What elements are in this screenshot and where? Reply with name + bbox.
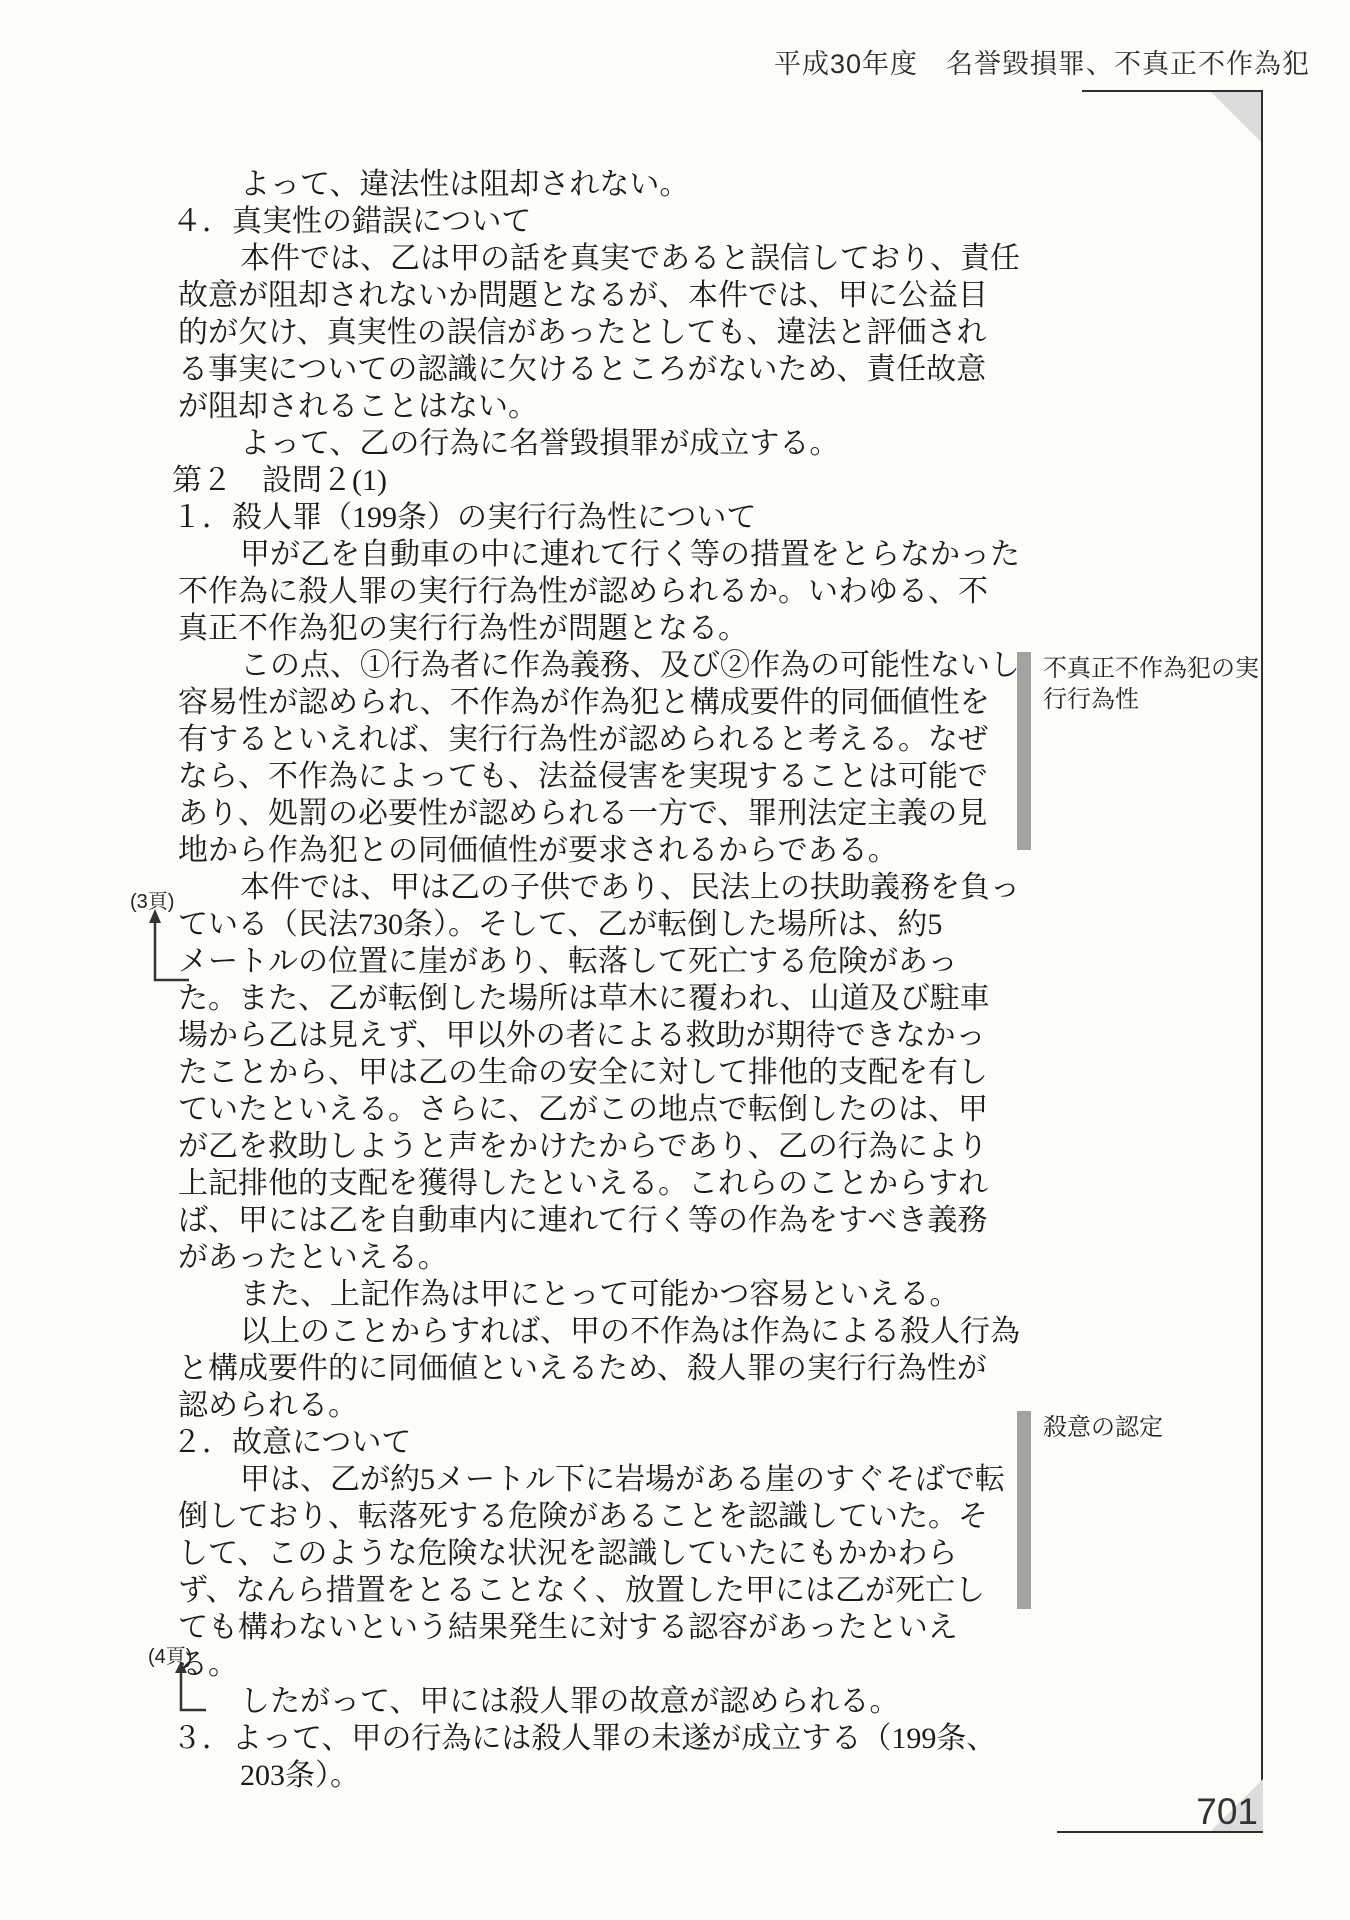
text-line: 第２ 設問２(1)	[172, 462, 1078, 499]
text-line: ３．よって、甲の行為には殺人罪の未遂が成立する（199条、	[172, 1720, 1078, 1757]
text-line: なら、不作為によっても、法益侵害を実現することは可能で	[178, 758, 1078, 795]
margin-note-2: 殺意の認定	[1043, 1412, 1275, 1443]
text-line: 本件では、乙は甲の話を真実であると誤信しており、責任	[178, 240, 1078, 277]
text-line: る事実についての認識に欠けるところがないため、責任故意	[178, 351, 1078, 388]
text-line: が乙を救助しようと声をかけたからであり、乙の行為により	[178, 1128, 1078, 1165]
text-line: この点、①行為者に作為義務、及び②作為の可能性ないし	[178, 647, 1078, 684]
text-line: ても構わないという結果発生に対する認容があったといえ	[178, 1609, 1078, 1646]
text-line: あり、処罰の必要性が認められる一方で、罪刑法定主義の見	[178, 795, 1078, 832]
text-line: 倒しており、転落死する危険があることを認識していた。そ	[178, 1498, 1078, 1535]
text-line: また、上記作為は甲にとって可能かつ容易といえる。	[178, 1276, 1078, 1313]
text-line: と構成要件的に同価値といえるため、殺人罪の実行行為性が	[178, 1350, 1078, 1387]
text-line: ている（民法730条）。そして、乙が転倒した場所は、約5	[178, 906, 1078, 943]
text-line: ４．真実性の錯誤について	[172, 203, 1078, 240]
text-line: １．殺人罪（199条）の実行行為性について	[172, 499, 1078, 536]
text-line: 不作為に殺人罪の実行行為性が認められるか。いわゆる、不	[178, 573, 1078, 610]
text-line: 的が欠け、真実性の誤信があったとしても、違法と評価され	[178, 314, 1078, 351]
text-line: 地から作為犯との同価値性が要求されるからである。	[178, 832, 1078, 869]
text-line: 甲が乙を自動車の中に連れて行く等の措置をとらなかった	[178, 536, 1078, 573]
text-line: よって、違法性は阻却されない。	[178, 166, 1078, 203]
text-line: たことから、甲は乙の生命の安全に対して排他的支配を有し	[178, 1054, 1078, 1091]
text-line: 203条）。	[178, 1757, 1078, 1794]
text-line: 有するといえれば、実行行為性が認められると考える。なぜ	[178, 721, 1078, 758]
text-line: 認められる。	[178, 1387, 1078, 1424]
text-line: が阻却されることはない。	[178, 388, 1078, 425]
text-line: 故意が阻却されないか問題となるが、本件では、甲に公益目	[178, 277, 1078, 314]
text-line: 本件では、甲は乙の子供であり、民法上の扶助義務を負っ	[178, 869, 1078, 906]
text-line: 上記排他的支配を獲得したといえる。これらのことからすれ	[178, 1165, 1078, 1202]
text-line: ず、なんら措置をとることなく、放置した甲には乙が死亡し	[178, 1572, 1078, 1609]
text-line: ２．故意について	[172, 1424, 1078, 1461]
text-line: ていたといえる。さらに、乙がこの地点で転倒したのは、甲	[178, 1091, 1078, 1128]
text-line: して、このような危険な状況を認識していたにもかかわら	[178, 1535, 1078, 1572]
frame-vertical-rule	[1261, 91, 1263, 1833]
text-line: 甲は、乙が約5メートル下に岩場がある崖のすぐそばで転	[178, 1461, 1078, 1498]
text-line: よって、乙の行為に名誉毀損罪が成立する。	[178, 425, 1078, 462]
text-line: 以上のことからすれば、甲の不作為は作為による殺人行為	[178, 1313, 1078, 1350]
margin-bar-1	[1017, 652, 1031, 850]
text-line: る。	[178, 1646, 1078, 1683]
text-line: ば、甲には乙を自動車内に連れて行く等の作為をすべき義務	[178, 1202, 1078, 1239]
text-line: したがって、甲には殺人罪の故意が認められる。	[178, 1683, 1078, 1720]
body-text: よって、違法性は阻却されない。４．真実性の錯誤について本件では、乙は甲の話を真実…	[178, 166, 1078, 1794]
text-line: があったといえる。	[178, 1239, 1078, 1276]
text-line: 容易性が認められ、不作為が作為犯と構成要件的同価値性を	[178, 684, 1078, 721]
page-start-arrow-icon	[141, 908, 197, 990]
page-start-arrow-icon	[168, 1660, 214, 1718]
text-line: た。また、乙が転倒した場所は草木に覆われ、山道及び駐車	[178, 980, 1078, 1017]
margin-bar-2	[1017, 1411, 1031, 1609]
margin-note-1: 不真正不作為犯の実行行為性	[1043, 653, 1275, 715]
text-line: メートルの位置に崖があり、転落して死亡する危険があっ	[178, 943, 1078, 980]
text-line: 場から乙は見えず、甲以外の者による救助が期待できなかっ	[178, 1017, 1078, 1054]
corner-fold-top-icon	[1211, 92, 1261, 142]
text-line: 真正不作為犯の実行行為性が問題となる。	[178, 610, 1078, 647]
page-header: 平成30年度 名誉毀損罪、不真正不作為犯	[774, 42, 1310, 81]
page-number: 701	[1146, 1791, 1258, 1833]
